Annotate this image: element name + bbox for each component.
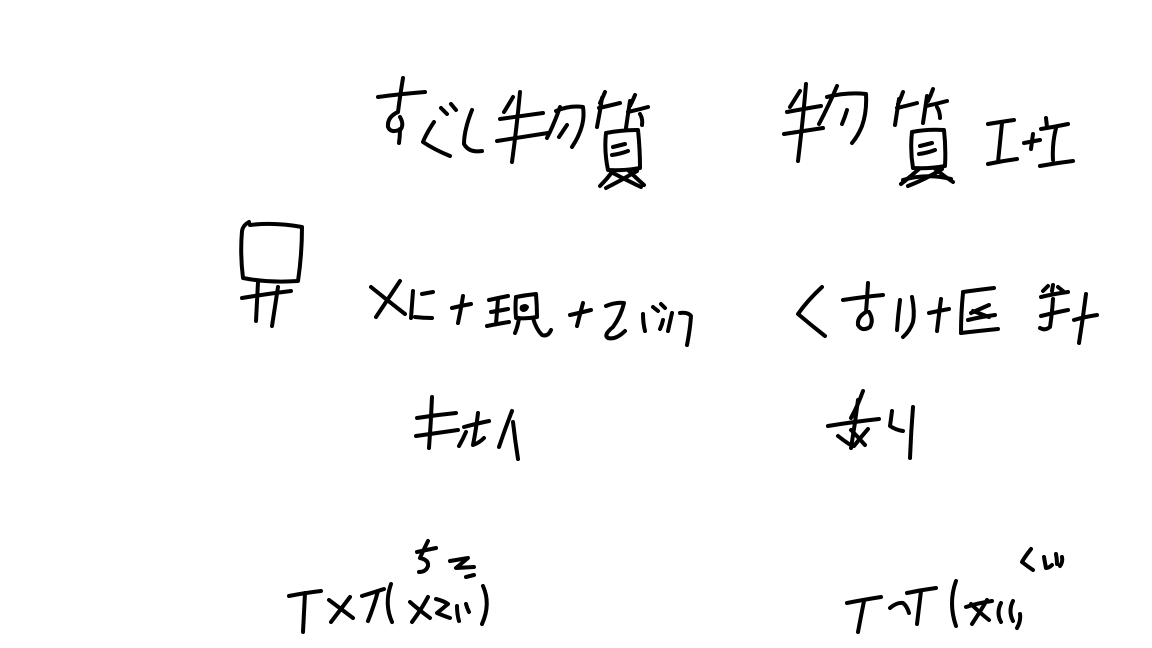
phrase-bake-gen-mibun (371, 281, 691, 345)
word-kikai (416, 397, 518, 459)
phrase-txt-left (289, 575, 487, 632)
ruby-right (1022, 549, 1062, 570)
handwriting-svg (0, 0, 1152, 648)
phrase-busshitsu-2-plus-5 (784, 84, 1073, 186)
paint-canvas[interactable] (0, 0, 1152, 648)
ruby-left (417, 541, 474, 572)
phrase-subete-busshitsu (378, 78, 648, 188)
phrase-txt-right (847, 581, 1020, 632)
char-ka (828, 391, 913, 458)
box-figure (241, 222, 302, 326)
phrase-kusuri-igaku (798, 283, 1097, 343)
